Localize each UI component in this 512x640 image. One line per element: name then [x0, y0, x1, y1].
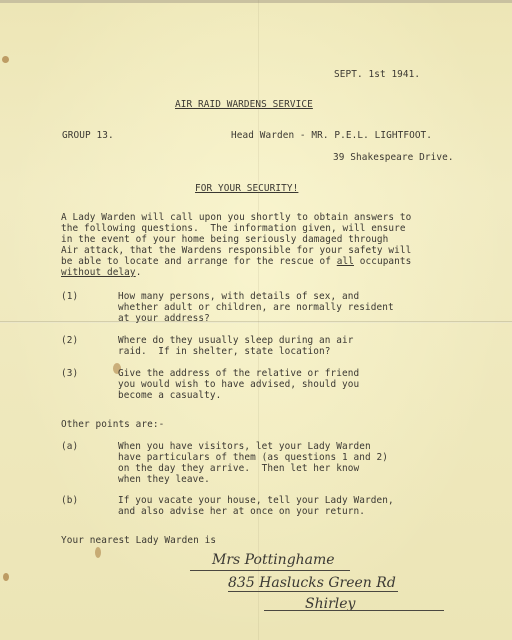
- head-warden: Head Warden - MR. P.E.L. LIGHTFOOT.: [231, 131, 432, 142]
- handwritten-name-text: Mrs Pottinghame: [212, 552, 335, 568]
- fold-crease-vertical: [258, 0, 259, 640]
- subheading: FOR YOUR SECURITY!: [195, 184, 298, 195]
- emphasis-without-delay: without delay: [61, 267, 136, 278]
- fold-crease-horizontal: [0, 321, 512, 323]
- underline-name: [190, 570, 350, 571]
- rust-stain: [2, 56, 9, 63]
- other-points-label: Other points are:-: [61, 420, 164, 431]
- emphasis-all: all: [337, 256, 354, 267]
- group-label: GROUP 13.: [62, 131, 114, 142]
- nearest-warden-label: Your nearest Lady Warden is: [61, 536, 216, 547]
- underline-town: [264, 610, 444, 611]
- rust-stain: [3, 573, 9, 581]
- letter-heading: AIR RAID WARDENS SERVICE: [175, 100, 313, 111]
- handwritten-street: 835 Haslucks Green Rd: [228, 575, 396, 591]
- warden-address: 39 Shakespeare Drive.: [333, 153, 454, 164]
- ink-stain: [95, 547, 101, 558]
- letter-date: SEPT. 1st 1941.: [334, 70, 420, 81]
- underline-street: [228, 591, 398, 592]
- paper-edge: [0, 0, 512, 3]
